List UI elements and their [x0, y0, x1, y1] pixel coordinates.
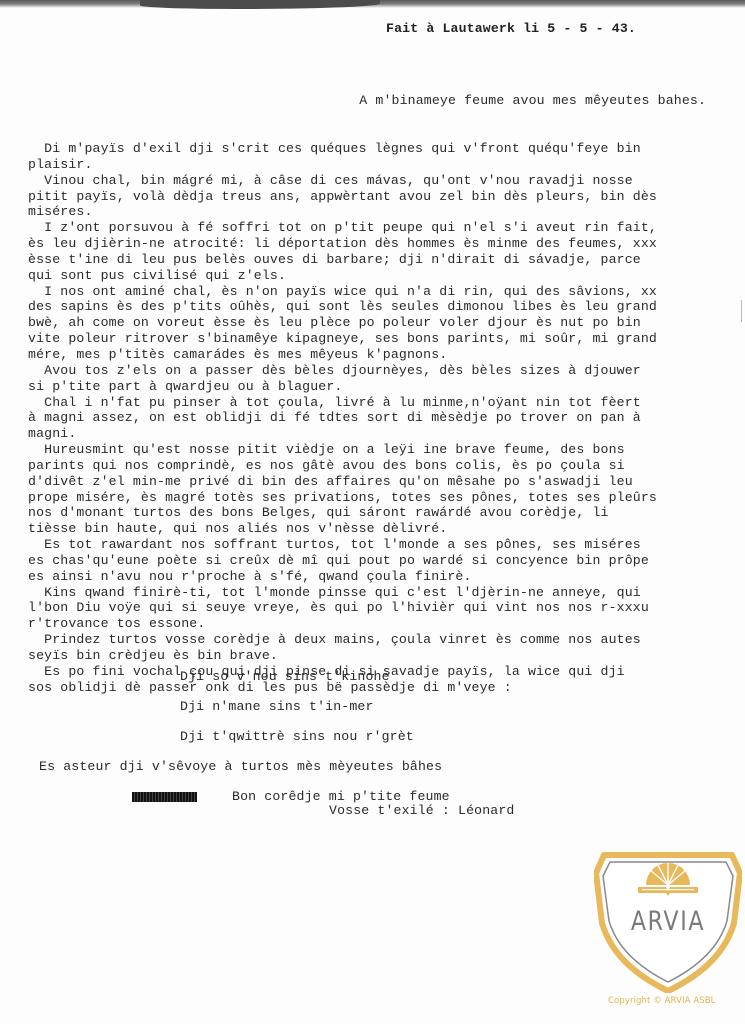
dateline: Fait à Lautawerk li 5 - 5 - 43. — [386, 21, 636, 36]
struck-out-text: xxxxxxxx — [132, 792, 197, 802]
body-line: magni. — [28, 426, 657, 442]
verse-line-1: Dji so v'nou sins t'kinohe — [180, 669, 390, 684]
body-line: l'bon Diu voÿe qui si seuye vreye, ès qu… — [28, 600, 657, 616]
body-line: Vinou chal, bin mágré mi, à câse di ces … — [28, 173, 657, 189]
body-line: pitit payïs, volà dèdja treus ans, appwè… — [28, 189, 657, 205]
body-line: es ainsi n'avu nou r'proche à s'fé, qwan… — [28, 569, 657, 585]
body-line: èsse t'ine di leu pus belès ouves di bar… — [28, 252, 657, 268]
copyright-notice: Copyright © ARVIA ASBL — [608, 996, 716, 1006]
body-line: Prindez turtos vosse corèdje à deux main… — [28, 632, 657, 648]
body-line: Hureusmint qu'est nosse pitit vièdje on … — [28, 442, 657, 458]
body-line: I nos ont aminé chal, ès n'on payïs wice… — [28, 284, 657, 300]
scan-mark — [741, 300, 742, 322]
body-line: vite poleur ritrover s'binamêye kipagney… — [28, 331, 657, 347]
body-line: I z'ont porsuvou à fé soffri tot on p'ti… — [28, 220, 657, 236]
body-line: plaisir. — [28, 157, 657, 173]
body-line: Avou tos z'els on a passer dès bèles djo… — [28, 363, 657, 379]
body-line: Chal i n'fat pu pinser à tot çoula, livr… — [28, 395, 657, 411]
body-line: prope misére, ès magré totès ses privati… — [28, 490, 657, 506]
body-line: seyïs bin crèdjeu ès bin brave. — [28, 648, 657, 664]
salutation: A m'binameye feume avou mes mêyeutes bah… — [327, 78, 706, 123]
body-line: des sapins ès des p'tits oûhès, qui sont… — [28, 299, 657, 315]
body-line: r'trovance tos essone. — [28, 616, 657, 632]
letter-body: Di m'payïs d'exil dji s'crit ces quéques… — [28, 141, 657, 696]
verse-line-3: Dji t'qwittrè sins nou r'grèt — [180, 729, 414, 744]
body-line: à magni assez, on est oblidji di fé tdte… — [28, 410, 657, 426]
signature-line-2: Vosse t'exilé : Léonard — [329, 803, 514, 818]
body-line: Es tot rawardant nos soffrant turtos, to… — [28, 537, 657, 553]
salutation-text: A m'binameye feume avou mes mêyeutes bah… — [359, 93, 706, 108]
body-line: nos d'monant turtos des bons Belges, qui… — [28, 505, 657, 521]
body-line: mére, mes p'titès camarádes ès mes mêyeu… — [28, 347, 657, 363]
body-line: parints qui nos comprindè, es nos gâtè a… — [28, 458, 657, 474]
logo-text: ARVIA — [607, 906, 728, 937]
body-line: si p'tite part à qwardjeu ou à blaguer. — [28, 379, 657, 395]
signature-line-1: Bon corêdje mi p'tite feume — [232, 789, 450, 804]
body-line: bwè, ah come on voreut èsse ès leu plèce… — [28, 315, 657, 331]
closing-line: Es asteur dji v'sêvoye à turtos mès mèye… — [39, 759, 442, 774]
body-line: ès leu djièrin-ne atrocité: li déportati… — [28, 236, 657, 252]
body-line: d'divêt z'el min-me privé di bin des aff… — [28, 474, 657, 490]
body-line: es chas'qu'eune poète si creûx dè mî qui… — [28, 553, 657, 569]
body-line: Kins qwand finirè-ti, tot l'monde pinsse… — [28, 585, 657, 601]
body-line: tièsse bin haute, qui nos aliés nos v'nè… — [28, 521, 657, 537]
body-line: Di m'payïs d'exil dji s'crit ces quéques… — [28, 141, 657, 157]
body-line: qui sont pus civilisé qui z'els. — [28, 268, 657, 284]
verse-line-2: Dji n'mane sins t'in-mer — [180, 699, 374, 714]
body-line: miséres. — [28, 204, 657, 220]
arvia-watermark-logo: ARVIA — [594, 843, 742, 993]
